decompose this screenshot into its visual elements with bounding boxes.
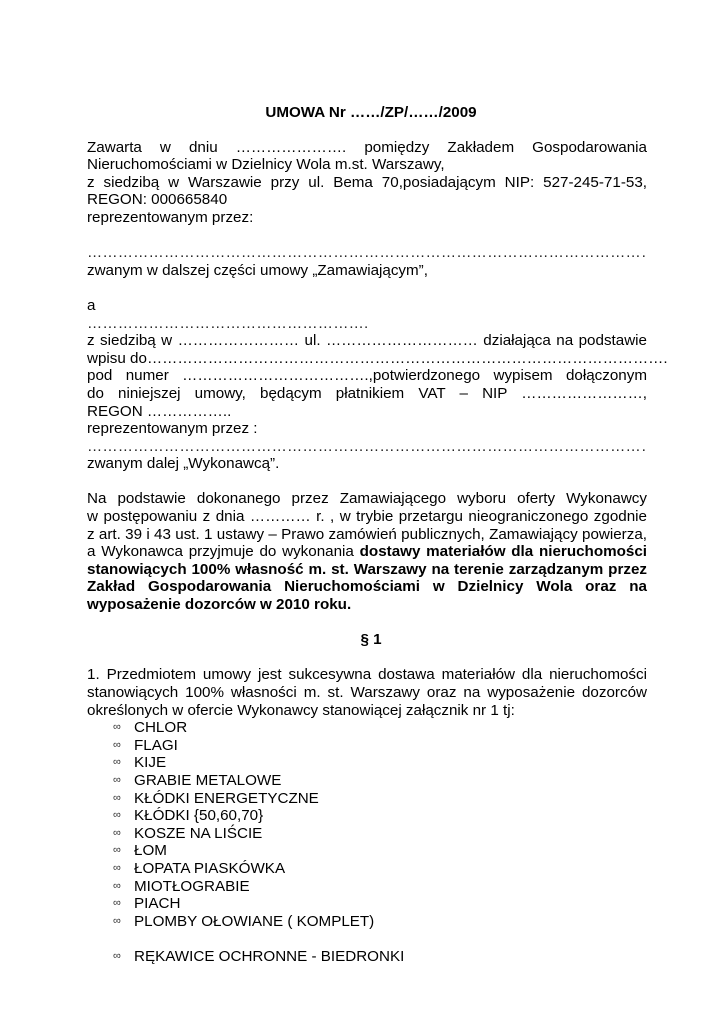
section1-line: określonych w ofercie Wykonawcy stanowią… <box>87 702 647 720</box>
list-item-label: PLOMBY OŁOWIANE ( KOMPLET) <box>134 913 374 930</box>
infinity-bullet-icon: ∞ <box>113 860 121 878</box>
party1-line: reprezentowanym przez: <box>87 209 647 227</box>
party1-line: REGON: 000665840 <box>87 191 647 209</box>
list-item: ∞KŁÓDKI ENERGETYCZNE <box>113 790 647 808</box>
party2-line: REGON …………….. <box>87 403 647 421</box>
list-item: ∞KŁÓDKI {50,60,70} <box>113 807 647 825</box>
party1-line: Nieruchomościami w Dzielnicy Wola m.st. … <box>87 156 647 174</box>
infinity-bullet-icon: ∞ <box>113 842 121 860</box>
infinity-bullet-icon: ∞ <box>113 719 121 737</box>
spacer <box>87 279 647 297</box>
list-item: ∞CHLOR <box>113 719 647 737</box>
list-item: ∞RĘKAWICE OCHRONNE - BIEDRONKI <box>113 948 647 966</box>
preamble-normal-text: a Wykonawca przyjmuje do wykonania <box>87 543 360 560</box>
list-item-label: GRABIE METALOWE <box>134 772 281 789</box>
section1-line: stanowiących 100% własności m. st. Warsz… <box>87 684 647 702</box>
list-item-label: PIACH <box>134 895 180 912</box>
list-item-label: CHLOR <box>134 719 187 736</box>
spacer <box>87 614 647 632</box>
preamble-bold-line: wyposażenie dozorców w 2010 roku. <box>87 596 647 614</box>
list-item: ∞ŁOM <box>113 842 647 860</box>
materials-list: ∞CHLOR ∞FLAGI ∞KIJE ∞GRABIE METALOWE ∞KŁ… <box>87 719 647 965</box>
preamble-line-mixed: a Wykonawca przyjmuje do wykonania dosta… <box>87 543 647 561</box>
party2-representative-blank: …………………………………………………………………………………………………………… <box>87 438 647 456</box>
infinity-bullet-icon: ∞ <box>113 807 121 825</box>
conjunction: a <box>87 297 647 315</box>
list-item: ∞FLAGI <box>113 737 647 755</box>
list-item-label: FLAGI <box>134 737 178 754</box>
section-heading: § 1 <box>87 631 647 649</box>
list-item: ∞KOSZE NA LIŚCIE <box>113 825 647 843</box>
list-item-label: KŁÓDKI ENERGETYCZNE <box>134 790 319 807</box>
list-item: ∞GRABIE METALOWE <box>113 772 647 790</box>
preamble-bold-line: Zakład Gospodarowania Nieruchomościami w… <box>87 578 647 596</box>
list-item: ∞MIOTŁOGRABIE <box>113 878 647 896</box>
party1-line: Zawarta w dniu …………………. pomiędzy Zakłade… <box>87 139 647 157</box>
list-item-label: MIOTŁOGRABIE <box>134 878 250 895</box>
list-item: ∞KIJE <box>113 754 647 772</box>
party2-block: z siedzibą w …………………… ul. ………………………… dzi… <box>87 332 647 438</box>
party2-line: z siedzibą w …………………… ul. ………………………… dzi… <box>87 332 647 350</box>
spacer <box>87 227 647 245</box>
infinity-bullet-icon: ∞ <box>113 913 121 931</box>
party1-line: z siedzibą w Warszawie przy ul. Bema 70,… <box>87 174 647 192</box>
preamble-line: Na podstawie dokonanego przez Zamawiając… <box>87 490 647 508</box>
list-item: ∞ŁOPATA PIASKÓWKA <box>113 860 647 878</box>
infinity-bullet-icon: ∞ <box>113 790 121 808</box>
list-item-label: KŁÓDKI {50,60,70} <box>134 807 263 824</box>
party2-line: pod numer ……………………………….,potwierdzonego w… <box>87 367 647 385</box>
infinity-bullet-icon: ∞ <box>113 772 121 790</box>
party2-designation: zwanym dalej „Wykonawcą”. <box>87 455 647 473</box>
infinity-bullet-icon: ∞ <box>113 737 121 755</box>
party1-representative-blank: …………………………………………………………………………………………………………… <box>87 244 647 262</box>
infinity-bullet-icon: ∞ <box>113 948 121 966</box>
list-item: ∞PIACH <box>113 895 647 913</box>
list-item-label: ŁOM <box>134 842 167 859</box>
spacer <box>87 473 647 491</box>
preamble-bold-text: dostawy materiałów dla nieruchomości <box>360 543 647 560</box>
spacer <box>87 649 647 667</box>
section1-intro: 1. Przedmiotem umowy jest sukcesywna dos… <box>87 666 647 719</box>
list-item-label: KOSZE NA LIŚCIE <box>134 825 262 842</box>
preamble-bold-line: stanowiących 100% własność m. st. Warsza… <box>87 561 647 579</box>
party2-line: reprezentowanym przez : <box>87 420 647 438</box>
infinity-bullet-icon: ∞ <box>113 825 121 843</box>
document-page: UMOWA Nr ……/ZP/……/2009 Zawarta w dniu ……… <box>87 104 647 966</box>
party2-line: wpisu do……………………………………………………………………………………… <box>87 350 647 368</box>
section1-line: 1. Przedmiotem umowy jest sukcesywna dos… <box>87 666 647 684</box>
list-item: ∞PLOMBY OŁOWIANE ( KOMPLET) <box>113 913 647 931</box>
list-item-label: RĘKAWICE OCHRONNE - BIEDRONKI <box>134 948 404 965</box>
infinity-bullet-icon: ∞ <box>113 878 121 896</box>
preamble-block: Na podstawie dokonanego przez Zamawiając… <box>87 490 647 613</box>
list-item-label: ŁOPATA PIASKÓWKA <box>134 860 285 877</box>
party1-block: Zawarta w dniu …………………. pomiędzy Zakłade… <box>87 139 647 227</box>
preamble-line: z art. 39 i 43 ust. 1 ustawy – Prawo zam… <box>87 526 647 544</box>
contract-title: UMOWA Nr ……/ZP/……/2009 <box>87 104 647 122</box>
infinity-bullet-icon: ∞ <box>113 754 121 772</box>
list-item-label: KIJE <box>134 754 166 771</box>
infinity-bullet-icon: ∞ <box>113 895 121 913</box>
party2-line: do niniejszej umowy, będącym płatnikiem … <box>87 385 647 403</box>
preamble-line: w postępowaniu z dnia ………… r. , w trybie… <box>87 508 647 526</box>
party2-name-blank: ………………………………………………. <box>87 315 647 333</box>
party1-designation: zwanym w dalszej części umowy „Zamawiają… <box>87 262 647 280</box>
